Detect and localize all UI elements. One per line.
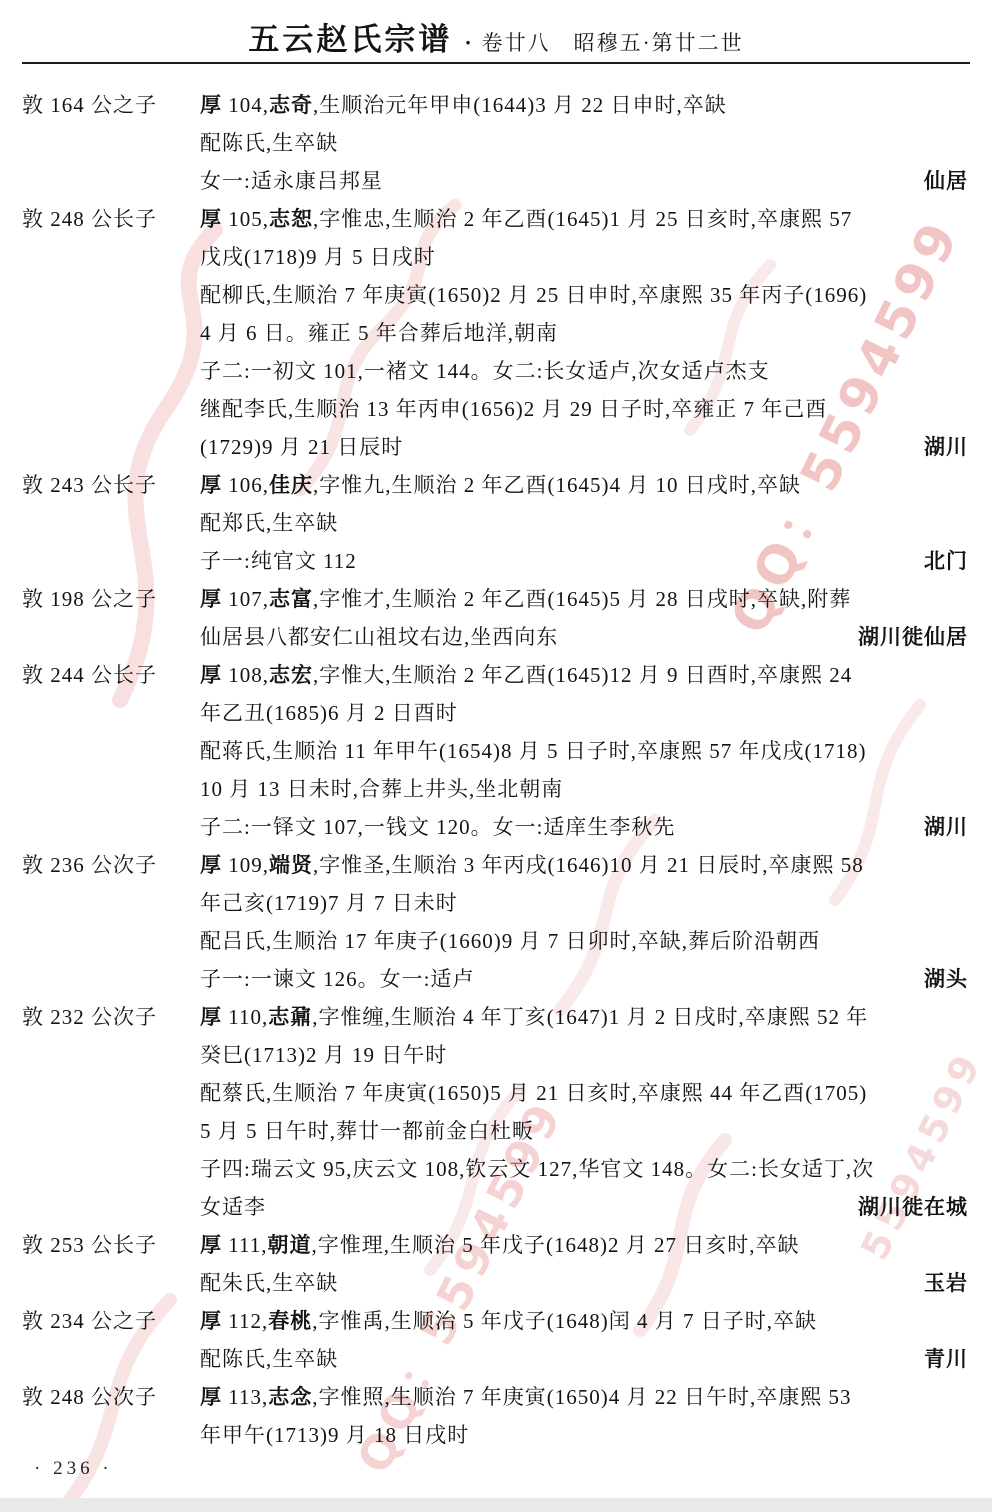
residence-place-name: 玉岩	[912, 1264, 968, 1302]
genealogy-entry: 敦 232 公次子厚 110,志鼐,字惟缠,生顺治 4 年丁亥(1647)1 月…	[22, 998, 968, 1226]
entry-content: 厚 113,志念,字惟照,生顺治 7 年庚寅(1650)4 月 22 日午时,卒…	[200, 1378, 968, 1454]
entry-parent-label: 敦 198 公之子	[22, 580, 200, 618]
residence-place-name: 湖川	[912, 808, 968, 846]
page-header: 五云赵氏宗谱·卷廿八 昭穆五·第廿二世	[0, 14, 992, 59]
entry-content: 厚 107,志富,字惟才,生顺治 2 年乙酉(1645)5 月 28 日戌时,卒…	[200, 580, 968, 656]
entry-parent-label: 敦 232 公次子	[22, 998, 200, 1036]
entry-content: 厚 112,春桃,字惟禹,生顺治 5 年戊子(1648)闰 4 月 7 日子时,…	[200, 1302, 968, 1378]
genealogy-entry: 敦 244 公长子厚 108,志宏,字惟大,生顺治 2 年乙酉(1645)12 …	[22, 656, 968, 846]
entry-parent-label: 敦 243 公长子	[22, 466, 200, 504]
genealogy-entry: 敦 236 公次子厚 109,端贤,字惟圣,生顺治 3 年丙戌(1646)10 …	[22, 846, 968, 998]
entry-parent-label: 敦 253 公长子	[22, 1226, 200, 1264]
genealogy-entry: 敦 198 公之子厚 107,志富,字惟才,生顺治 2 年乙酉(1645)5 月…	[22, 580, 968, 656]
entry-line-text: 子四:瑞云文 95,庆云文 108,钦云文 127,华官文 148。女二:长女适…	[200, 1150, 874, 1188]
entry-text-line: 仙居县八都安仁山祖坟右边,坐西向东湖川徙仙居	[200, 618, 968, 656]
entry-text-line: 子一:一谏文 126。女一:适卢湖头	[200, 960, 968, 998]
residence-place-name: 北门	[912, 542, 968, 580]
entry-line-text: 配蒋氏,生顺治 11 年甲午(1654)8 月 5 日子时,卒康熙 57 年戊戌…	[200, 732, 866, 770]
entry-text-line: 配陈氏,生卒缺青川	[200, 1340, 968, 1378]
entry-parent-label: 敦 244 公长子	[22, 656, 200, 694]
genealogy-entry: 敦 253 公长子厚 111,朝道,字惟理,生顺治 5 年戊子(1648)2 月…	[22, 1226, 968, 1302]
entry-line-text: 10 月 13 日未时,合葬上井头,坐北朝南	[200, 770, 563, 808]
entry-line-text: 子二:一初文 101,一褚文 144。女二:长女适卢,次女适卢杰支	[200, 352, 770, 390]
entry-text-line: 厚 113,志念,字惟照,生顺治 7 年庚寅(1650)4 月 22 日午时,卒…	[200, 1378, 968, 1416]
bottom-edge-bar	[0, 1498, 992, 1512]
entry-text-line: 配陈氏,生卒缺	[200, 124, 968, 162]
genealogy-entry: 敦 164 公之子厚 104,志奇,生顺治元年甲申(1644)3 月 22 日申…	[22, 86, 968, 200]
genealogy-scan-page: QQ：5594599QQ：55945995594599 五云赵氏宗谱·卷廿八 昭…	[0, 0, 992, 1512]
entry-text-line: 子二:一铎文 107,一钱文 120。女一:适庠生李秋先湖川	[200, 808, 968, 846]
entry-text-line: 厚 109,端贤,字惟圣,生顺治 3 年丙戌(1646)10 月 21 日辰时,…	[200, 846, 968, 884]
entry-content: 厚 109,端贤,字惟圣,生顺治 3 年丙戌(1646)10 月 21 日辰时,…	[200, 846, 968, 998]
entry-content: 厚 104,志奇,生顺治元年甲申(1644)3 月 22 日申时,卒缺配陈氏,生…	[200, 86, 968, 200]
entry-line-text: 女适李	[200, 1188, 266, 1226]
entry-line-text: 厚 107,志富,字惟才,生顺治 2 年乙酉(1645)5 月 28 日戌时,卒…	[200, 580, 851, 618]
entry-text-line: 配蒋氏,生顺治 11 年甲午(1654)8 月 5 日子时,卒康熙 57 年戊戌…	[200, 732, 968, 770]
entry-text-line: 厚 107,志富,字惟才,生顺治 2 年乙酉(1645)5 月 28 日戌时,卒…	[200, 580, 968, 618]
entry-text-line: 4 月 6 日。雍正 5 年合葬后地洋,朝南	[200, 314, 968, 352]
entry-line-text: 厚 104,志奇,生顺治元年甲申(1644)3 月 22 日申时,卒缺	[200, 86, 727, 124]
entry-line-text: 年乙丑(1685)6 月 2 日酉时	[200, 694, 458, 732]
entry-text-line: 配吕氏,生顺治 17 年庚子(1660)9 月 7 日卯时,卒缺,葬后阶沿朝西	[200, 922, 968, 960]
entry-content: 厚 108,志宏,字惟大,生顺治 2 年乙酉(1645)12 月 9 日酉时,卒…	[200, 656, 968, 846]
genealogy-entry: 敦 248 公次子厚 113,志念,字惟照,生顺治 7 年庚寅(1650)4 月…	[22, 1378, 968, 1454]
entry-text-line: 癸巳(1713)2 月 19 日午时	[200, 1036, 968, 1074]
entry-text-line: 年己亥(1719)7 月 7 日未时	[200, 884, 968, 922]
genealogy-entry: 敦 248 公长子厚 105,志恕,字惟忠,生顺治 2 年乙酉(1645)1 月…	[22, 200, 968, 466]
entry-line-text: 年甲午(1713)9 月 18 日戌时	[200, 1416, 469, 1454]
residence-place-name: 仙居	[912, 162, 968, 200]
entry-parent-label: 敦 164 公之子	[22, 86, 200, 124]
entry-text-line: 厚 111,朝道,字惟理,生顺治 5 年戊子(1648)2 月 27 日亥时,卒…	[200, 1226, 968, 1264]
entry-parent-label: 敦 234 公之子	[22, 1302, 200, 1340]
entry-line-text: 厚 112,春桃,字惟禹,生顺治 5 年戊子(1648)闰 4 月 7 日子时,…	[200, 1302, 817, 1340]
entry-text-line: 女一:适永康吕邦星仙居	[200, 162, 968, 200]
entry-text-line: (1729)9 月 21 日辰时湖川	[200, 428, 968, 466]
entry-line-text: 配柳氏,生顺治 7 年庚寅(1650)2 月 25 日申时,卒康熙 35 年丙子…	[200, 276, 867, 314]
entry-line-text: 癸巳(1713)2 月 19 日午时	[200, 1036, 447, 1074]
entry-text-line: 配朱氏,生卒缺玉岩	[200, 1264, 968, 1302]
entry-text-line: 戊戌(1718)9 月 5 日戌时	[200, 238, 968, 276]
entry-content: 厚 110,志鼐,字惟缠,生顺治 4 年丁亥(1647)1 月 2 日戌时,卒康…	[200, 998, 968, 1226]
entry-line-text: 配朱氏,生卒缺	[200, 1264, 338, 1302]
entry-text-line: 年甲午(1713)9 月 18 日戌时	[200, 1416, 968, 1454]
entry-line-text: 子一:一谏文 126。女一:适卢	[200, 960, 474, 998]
entry-line-text: 子二:一铎文 107,一钱文 120。女一:适庠生李秋先	[200, 808, 675, 846]
residence-place-name: 湖川徙在城	[846, 1188, 968, 1226]
entry-text-line: 子二:一初文 101,一褚文 144。女二:长女适卢,次女适卢杰支	[200, 352, 968, 390]
entry-line-text: 仙居县八都安仁山祖坟右边,坐西向东	[200, 618, 558, 656]
entry-parent-label: 敦 248 公次子	[22, 1378, 200, 1416]
entry-line-text: 厚 111,朝道,字惟理,生顺治 5 年戊子(1648)2 月 27 日亥时,卒…	[200, 1226, 799, 1264]
residence-place-name: 湖川徙仙居	[846, 618, 968, 656]
residence-place-name: 青川	[912, 1340, 968, 1378]
entry-line-text: 戊戌(1718)9 月 5 日戌时	[200, 238, 436, 276]
entry-text-line: 10 月 13 日未时,合葬上井头,坐北朝南	[200, 770, 968, 808]
entry-content: 厚 106,佳庆,字惟九,生顺治 2 年乙酉(1645)4 月 10 日戌时,卒…	[200, 466, 968, 580]
residence-place-name: 湖川	[912, 428, 968, 466]
volume-chapter-subtitle: 卷廿八 昭穆五·第廿二世	[482, 31, 744, 55]
entry-text-line: 年乙丑(1685)6 月 2 日酉时	[200, 694, 968, 732]
entry-text-line: 5 月 5 日午时,葬廿一都前金白杜畈	[200, 1112, 968, 1150]
entry-line-text: 配吕氏,生顺治 17 年庚子(1660)9 月 7 日卯时,卒缺,葬后阶沿朝西	[200, 922, 820, 960]
entry-line-text: 5 月 5 日午时,葬廿一都前金白杜畈	[200, 1112, 534, 1150]
entry-line-text: 女一:适永康吕邦星	[200, 162, 383, 200]
genealogy-entry: 敦 243 公长子厚 106,佳庆,字惟九,生顺治 2 年乙酉(1645)4 月…	[22, 466, 968, 580]
entry-line-text: 配郑氏,生卒缺	[200, 504, 338, 542]
entry-text-line: 厚 112,春桃,字惟禹,生顺治 5 年戊子(1648)闰 4 月 7 日子时,…	[200, 1302, 968, 1340]
entry-parent-label: 敦 236 公次子	[22, 846, 200, 884]
entry-text-line: 配郑氏,生卒缺	[200, 504, 968, 542]
entry-line-text: (1729)9 月 21 日辰时	[200, 428, 403, 466]
entry-text-line: 子一:纯官文 112北门	[200, 542, 968, 580]
entry-line-text: 配陈氏,生卒缺	[200, 124, 338, 162]
entry-text-line: 女适李湖川徙在城	[200, 1188, 968, 1226]
entry-line-text: 继配李氏,生顺治 13 年丙申(1656)2 月 29 日子时,卒雍正 7 年己…	[200, 390, 827, 428]
entry-text-line: 配柳氏,生顺治 7 年庚寅(1650)2 月 25 日申时,卒康熙 35 年丙子…	[200, 276, 968, 314]
page-number: · 236 ·	[34, 1458, 113, 1480]
genealogy-entry: 敦 234 公之子厚 112,春桃,字惟禹,生顺治 5 年戊子(1648)闰 4…	[22, 1302, 968, 1378]
entry-line-text: 配蔡氏,生顺治 7 年庚寅(1650)5 月 21 日亥时,卒康熙 44 年乙酉…	[200, 1074, 867, 1112]
entry-text-line: 配蔡氏,生顺治 7 年庚寅(1650)5 月 21 日亥时,卒康熙 44 年乙酉…	[200, 1074, 968, 1112]
entry-content: 厚 105,志恕,字惟忠,生顺治 2 年乙酉(1645)1 月 25 日亥时,卒…	[200, 200, 968, 466]
entry-parent-label: 敦 248 公长子	[22, 200, 200, 238]
entry-line-text: 厚 109,端贤,字惟圣,生顺治 3 年丙戌(1646)10 月 21 日辰时,…	[200, 846, 864, 884]
entry-line-text: 年己亥(1719)7 月 7 日未时	[200, 884, 458, 922]
entry-text-line: 厚 106,佳庆,字惟九,生顺治 2 年乙酉(1645)4 月 10 日戌时,卒…	[200, 466, 968, 504]
entry-text-line: 厚 108,志宏,字惟大,生顺治 2 年乙酉(1645)12 月 9 日酉时,卒…	[200, 656, 968, 694]
entry-text-line: 厚 105,志恕,字惟忠,生顺治 2 年乙酉(1645)1 月 25 日亥时,卒…	[200, 200, 968, 238]
entry-line-text: 厚 113,志念,字惟照,生顺治 7 年庚寅(1650)4 月 22 日午时,卒…	[200, 1378, 851, 1416]
entry-text-line: 继配李氏,生顺治 13 年丙申(1656)2 月 29 日子时,卒雍正 7 年己…	[200, 390, 968, 428]
entry-text-line: 厚 110,志鼐,字惟缠,生顺治 4 年丁亥(1647)1 月 2 日戌时,卒康…	[200, 998, 968, 1036]
title-separator-dot: ·	[464, 30, 471, 55]
header-rule	[22, 62, 970, 64]
entry-line-text: 厚 108,志宏,字惟大,生顺治 2 年乙酉(1645)12 月 9 日酉时,卒…	[200, 656, 852, 694]
entry-line-text: 4 月 6 日。雍正 5 年合葬后地洋,朝南	[200, 314, 558, 352]
book-title: 五云赵氏宗谱	[248, 22, 452, 57]
entry-line-text: 子一:纯官文 112	[200, 542, 357, 580]
entry-line-text: 厚 105,志恕,字惟忠,生顺治 2 年乙酉(1645)1 月 25 日亥时,卒…	[200, 200, 852, 238]
entry-text-line: 厚 104,志奇,生顺治元年甲申(1644)3 月 22 日申时,卒缺	[200, 86, 968, 124]
entry-line-text: 厚 106,佳庆,字惟九,生顺治 2 年乙酉(1645)4 月 10 日戌时,卒…	[200, 466, 801, 504]
entry-text-line: 子四:瑞云文 95,庆云文 108,钦云文 127,华官文 148。女二:长女适…	[200, 1150, 968, 1188]
entries-list: 敦 164 公之子厚 104,志奇,生顺治元年甲申(1644)3 月 22 日申…	[22, 86, 968, 1454]
entry-content: 厚 111,朝道,字惟理,生顺治 5 年戊子(1648)2 月 27 日亥时,卒…	[200, 1226, 968, 1302]
residence-place-name: 湖头	[912, 960, 968, 998]
entry-line-text: 配陈氏,生卒缺	[200, 1340, 338, 1378]
entry-line-text: 厚 110,志鼐,字惟缠,生顺治 4 年丁亥(1647)1 月 2 日戌时,卒康…	[200, 998, 868, 1036]
